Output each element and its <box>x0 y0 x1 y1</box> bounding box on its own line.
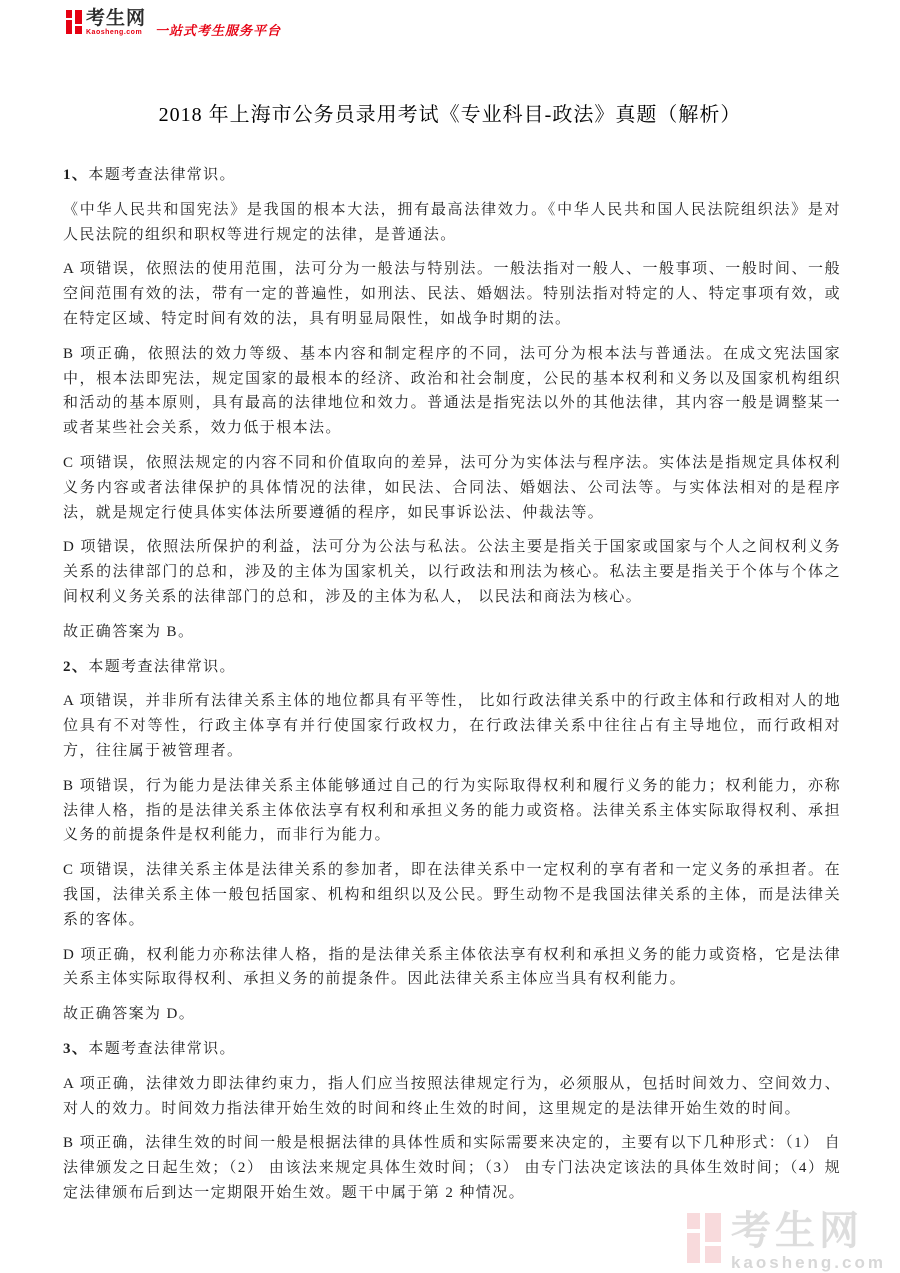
brand-name: 考生网 <box>86 9 146 28</box>
kaosheng-watermark: 考生网 kaosheng.com <box>687 1211 886 1271</box>
paragraph-text: A 项正确，法律效力即法律约束力，指人们应当按照法律规定行为，必须服从，包括时间… <box>63 1076 841 1117</box>
paragraph: 《中华人民共和国宪法》是我国的根本大法，拥有最高法律效力。《中华人民共和国人民法… <box>63 198 841 248</box>
paragraph: 1、本题考查法律常识。 <box>63 163 841 188</box>
brand-domain: Kaosheng.com <box>86 29 146 36</box>
paragraph: C 项错误，法律关系主体是法律关系的参加者，即在法律关系中一定权利的享有者和一定… <box>63 858 841 932</box>
paragraph-text: 本题考查法律常识。 <box>88 1041 236 1057</box>
watermark-brand: 考生网 <box>731 1211 886 1251</box>
paragraph: B 项正确，依照法的效力等级、基本内容和制定程序的不同，法可分为根本法与普通法。… <box>63 342 841 441</box>
document-page: 考生网 Kaosheng.com 一站式考生服务平台 2018 年上海市公务员录… <box>0 0 900 1273</box>
logo-text: 考生网 Kaosheng.com <box>86 9 146 36</box>
paragraph-text: 本题考查法律常识。 <box>88 167 236 183</box>
site-header: 考生网 Kaosheng.com 一站式考生服务平台 <box>66 9 281 39</box>
kaosheng-logo-icon <box>66 10 82 35</box>
paragraph: 故正确答案为 B。 <box>63 620 841 645</box>
paragraph: A 项正确，法律效力即法律约束力，指人们应当按照法律规定行为，必须服从，包括时间… <box>63 1072 841 1122</box>
paragraph: C 项错误，依照法规定的内容不同和价值取向的差异，法可分为实体法与程序法。实体法… <box>63 451 841 525</box>
paragraph-number: 1、 <box>63 167 88 183</box>
paragraph-number: 3、 <box>63 1041 88 1057</box>
brand-tagline: 一站式考生服务平台 <box>155 20 281 39</box>
paragraph-text: 故正确答案为 B。 <box>63 624 194 640</box>
paragraph-text: 故正确答案为 D。 <box>63 1006 195 1022</box>
paragraph-text: A 项错误，并非所有法律关系主体的地位都具有平等性， 比如行政法律关系中的行政主… <box>63 693 841 759</box>
paragraph-text: 本题考查法律常识。 <box>88 659 236 675</box>
paragraph-text: B 项正确，依照法的效力等级、基本内容和制定程序的不同，法可分为根本法与普通法。… <box>63 346 841 436</box>
watermark-domain: kaosheng.com <box>731 1254 886 1271</box>
paragraph: 3、本题考查法律常识。 <box>63 1037 841 1062</box>
paragraph: A 项错误，并非所有法律关系主体的地位都具有平等性， 比如行政法律关系中的行政主… <box>63 689 841 763</box>
paragraph: B 项正确，法律生效的时间一般是根据法律的具体性质和实际需要来决定的，主要有以下… <box>63 1131 841 1205</box>
paragraph: A 项错误，依照法的使用范围，法可分为一般法与特别法。一般法指对一般人、一般事项… <box>63 257 841 331</box>
paragraph: B 项错误，行为能力是法律关系主体能够通过自己的行为实际取得权利和履行义务的能力… <box>63 774 841 848</box>
paragraph-number: 2、 <box>63 659 88 675</box>
paragraph-text: C 项错误，法律关系主体是法律关系的参加者，即在法律关系中一定权利的享有者和一定… <box>63 862 841 928</box>
paragraph-text: C 项错误，依照法规定的内容不同和价值取向的差异，法可分为实体法与程序法。实体法… <box>63 455 841 521</box>
watermark-text: 考生网 kaosheng.com <box>731 1211 886 1271</box>
paragraph: D 项正确，权利能力亦称法律人格，指的是法律关系主体依法享有权利和承担义务的能力… <box>63 943 841 993</box>
paragraph: 故正确答案为 D。 <box>63 1002 841 1027</box>
paragraph-text: 《中华人民共和国宪法》是我国的根本大法，拥有最高法律效力。《中华人民共和国人民法… <box>63 202 841 243</box>
paragraph-text: B 项正确，法律生效的时间一般是根据法律的具体性质和实际需要来决定的，主要有以下… <box>63 1135 841 1201</box>
paragraph-text: A 项错误，依照法的使用范围，法可分为一般法与特别法。一般法指对一般人、一般事项… <box>63 261 841 327</box>
paragraph: 2、本题考查法律常识。 <box>63 655 841 680</box>
paragraph-text: D 项正确，权利能力亦称法律人格，指的是法律关系主体依法享有权利和承担义务的能力… <box>63 947 841 988</box>
paragraph-text: D 项错误，依照法所保护的利益，法可分为公法与私法。公法主要是指关于国家或国家与… <box>63 539 841 605</box>
paragraph-text: B 项错误，行为能力是法律关系主体能够通过自己的行为实际取得权利和履行义务的能力… <box>63 778 841 844</box>
kaosheng-watermark-icon <box>687 1213 721 1263</box>
paragraph: D 项错误，依照法所保护的利益，法可分为公法与私法。公法主要是指关于国家或国家与… <box>63 535 841 609</box>
document-body: 1、本题考查法律常识。 《中华人民共和国宪法》是我国的根本大法，拥有最高法律效力… <box>63 163 841 1216</box>
document-title: 2018 年上海市公务员录用考试《专业科目-政法》真题（解析） <box>0 98 900 127</box>
